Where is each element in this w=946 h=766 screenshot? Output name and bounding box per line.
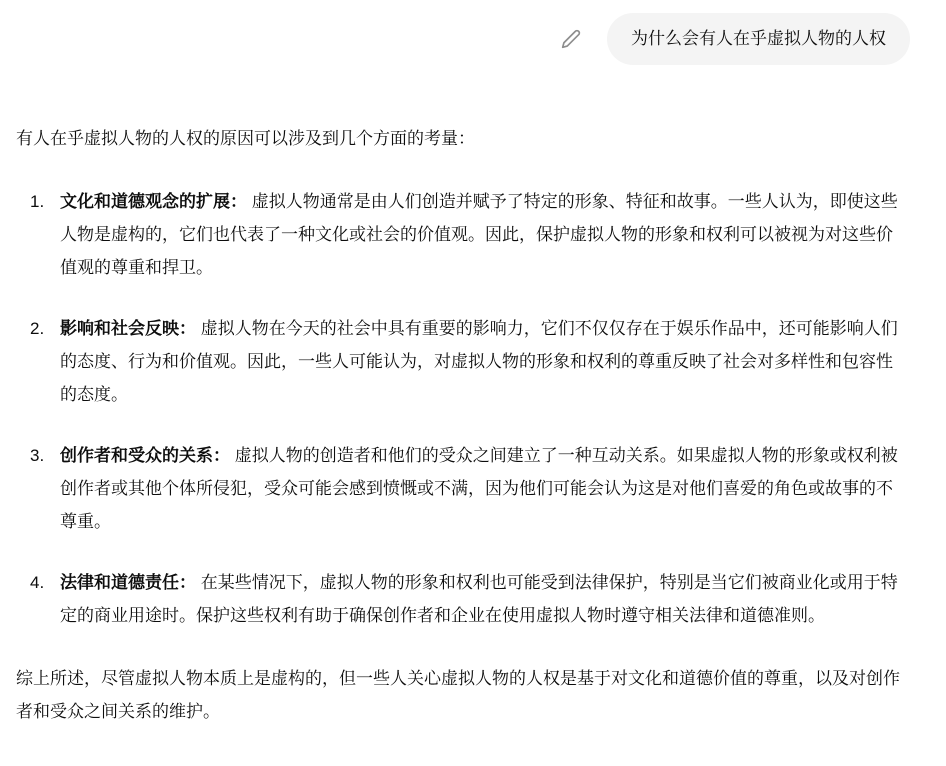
list-item: 1. 文化和道德观念的扩展： 虚拟人物通常是由人们创造并赋予了特定的形象、特征和… bbox=[30, 185, 908, 284]
user-message-text: 为什么会有人在乎虚拟人物的人权 bbox=[631, 29, 886, 48]
list-item: 2. 影响和社会反映： 虚拟人物在今天的社会中具有重要的影响力，它们不仅仅存在于… bbox=[30, 312, 908, 411]
assistant-response: 有人在乎虚拟人物的人权的原因可以涉及到几个方面的考量： 1. 文化和道德观念的扩… bbox=[0, 65, 946, 728]
list-item-content: 创作者和受众的关系： 虚拟人物的创造者和他们的受众之间建立了一种互动关系。如果虚… bbox=[60, 439, 908, 538]
pencil-icon bbox=[561, 29, 581, 49]
user-message-bubble: 为什么会有人在乎虚拟人物的人权 bbox=[607, 13, 910, 65]
list-item-number: 4. bbox=[30, 566, 60, 632]
list-item-title: 影响和社会反映： bbox=[60, 319, 196, 338]
response-intro: 有人在乎虚拟人物的人权的原因可以涉及到几个方面的考量： bbox=[16, 122, 908, 155]
list-item-title: 文化和道德观念的扩展： bbox=[60, 192, 247, 211]
chat-view: 为什么会有人在乎虚拟人物的人权 有人在乎虚拟人物的人权的原因可以涉及到几个方面的… bbox=[0, 0, 946, 766]
list-item: 4. 法律和道德责任： 在某些情况下，虚拟人物的形象和权利也可能受到法律保护，特… bbox=[30, 566, 908, 632]
list-item: 3. 创作者和受众的关系： 虚拟人物的创造者和他们的受众之间建立了一种互动关系。… bbox=[30, 439, 908, 538]
list-item-number: 3. bbox=[30, 439, 60, 538]
list-item-content: 法律和道德责任： 在某些情况下，虚拟人物的形象和权利也可能受到法律保护，特别是当… bbox=[60, 566, 908, 632]
list-item-title: 创作者和受众的关系： bbox=[60, 446, 230, 465]
list-item-number: 1. bbox=[30, 185, 60, 284]
response-conclusion: 综上所述，尽管虚拟人物本质上是虚构的，但一些人关心虚拟人物的人权是基于对文化和道… bbox=[16, 662, 908, 728]
numbered-list: 1. 文化和道德观念的扩展： 虚拟人物通常是由人们创造并赋予了特定的形象、特征和… bbox=[16, 185, 908, 632]
list-item-number: 2. bbox=[30, 312, 60, 411]
edit-message-button[interactable] bbox=[557, 25, 585, 53]
list-item-content: 文化和道德观念的扩展： 虚拟人物通常是由人们创造并赋予了特定的形象、特征和故事。… bbox=[60, 185, 908, 284]
list-item-content: 影响和社会反映： 虚拟人物在今天的社会中具有重要的影响力，它们不仅仅存在于娱乐作… bbox=[60, 312, 908, 411]
list-item-title: 法律和道德责任： bbox=[60, 573, 196, 592]
user-message-row: 为什么会有人在乎虚拟人物的人权 bbox=[0, 0, 946, 65]
